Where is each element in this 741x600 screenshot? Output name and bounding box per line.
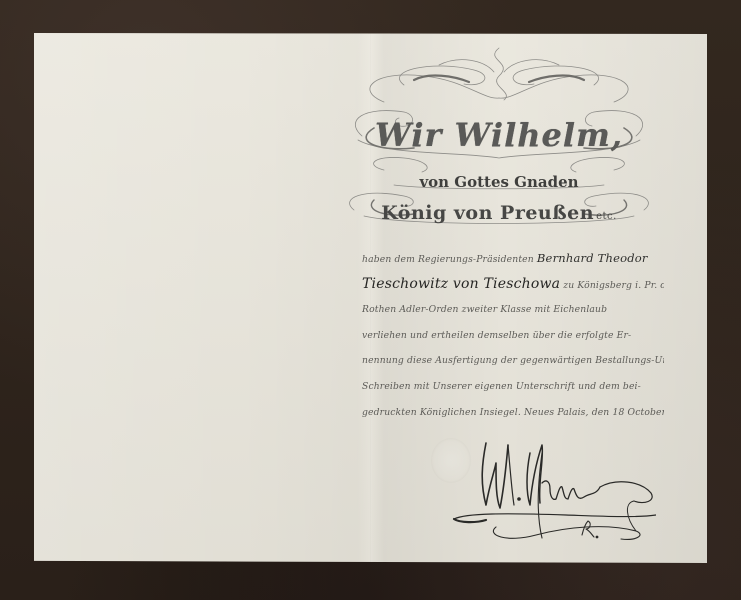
- recipient-given-names: Bernhard Theodor: [537, 251, 648, 265]
- etc-abbrev: etc.: [596, 211, 617, 222]
- body-text: Schreiben mit Unserer eigenen Unterschri…: [362, 381, 641, 392]
- header-king-line: König von Preußenetc.: [344, 202, 654, 224]
- body-text: nennung diese Ausfertigung der gegenwärt…: [362, 355, 664, 366]
- header-title: Wir Wilhelm,: [344, 116, 654, 154]
- body-text: haben dem Regierungs-Präsidenten: [362, 254, 537, 265]
- body-text: zu Königsberg i. Pr. den: [560, 280, 664, 291]
- king-title: König von Preußen: [381, 202, 594, 224]
- document-body: haben dem Regierungs-Präsidenten Bernhar…: [362, 246, 664, 425]
- date-place-line: gedruckten Königlichen Insiegel. Neues P…: [362, 407, 664, 418]
- body-text: Rothen Adler-Orden zweiter Klasse mit Ei…: [362, 304, 607, 315]
- header-subtitle: von Gottes Gnaden: [344, 173, 654, 191]
- signature-icon: [446, 423, 656, 543]
- body-text: verliehen und ertheilen demselben über d…: [362, 330, 631, 341]
- body-line: Schreiben mit Unserer eigenen Unterschri…: [362, 374, 664, 400]
- body-line: haben dem Regierungs-Präsidenten Bernhar…: [362, 246, 664, 272]
- recipient-surname: Tieschowitz von Tieschowa: [362, 276, 560, 292]
- royal-signature: [446, 423, 656, 543]
- body-line: Rothen Adler-Orden zweiter Klasse mit Ei…: [362, 297, 664, 323]
- document-header: Wir Wilhelm, von Gottes Gnaden König von…: [344, 40, 654, 225]
- body-line: gedruckten Königlichen Insiegel. Neues P…: [362, 400, 664, 426]
- body-line: Tieschowitz von Tieschowa zu Königsberg …: [362, 272, 664, 298]
- document-sheet: Wir Wilhelm, von Gottes Gnaden König von…: [34, 33, 707, 563]
- body-line: nennung diese Ausfertigung der gegenwärt…: [362, 348, 664, 374]
- body-line: verliehen und ertheilen demselben über d…: [362, 323, 664, 349]
